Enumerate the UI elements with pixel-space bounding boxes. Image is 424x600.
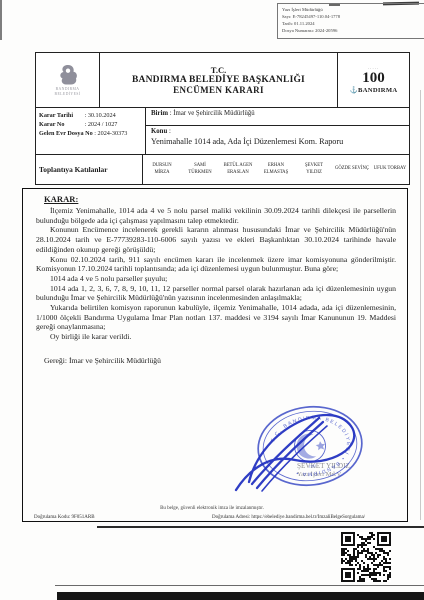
scan-artifact-left-edge [0,0,2,40]
decision-paragraph: İlçemiz Yenimahalle, 1014 ada 4 ve 5 nol… [36,206,396,225]
decision-date-value: : 30.10.2024 [85,112,116,119]
municipality-logo-cell: BANDIRMA BELEDİYESİ [36,53,100,107]
unit-subject-column: Birim : İmar ve Şehircilik Müdürlüğü Kon… [146,108,409,154]
decision-no-line: Karar No : 2024 / 1027 [39,121,142,130]
right-logo-caption-text: BANDIRMA [358,87,397,94]
incoming-file-value: : 2024-30373 [94,130,127,137]
subject-row: Konu : Yenimahalle 1014 ada, Ada İçi Düz… [146,126,409,154]
ref-date: Tarih: 01.11.2024 [282,20,423,27]
scan-artifact-bottom-line [55,585,424,586]
ref-number: Sayı: E-78245497-110.04-1778 [282,13,423,20]
decision-no-label: Karar No [39,121,83,130]
scan-artifact-bottom-bar [57,592,424,600]
bandirma-bird-logo-icon [56,63,80,87]
decision-heading: KARAR: [44,194,396,204]
scan-artifact-right-edge [420,90,421,520]
attendee-name: ERHAN ELMASTAŞ [257,163,295,175]
action-by-line: Gereği: İmar ve Şehircilik Müdürlüğü [36,356,396,366]
signer-title: Yazı İşleri Md.V. [297,471,350,480]
attendee-name: GÖZDE SEVİNÇ [333,166,371,172]
decision-date-label: Karar Tarihi [39,112,83,121]
right-logo-caption: ⚓BANDIRMA [350,86,398,94]
decision-date-line: Karar Tarihi : 30.10.2024 [39,112,142,121]
ref-file-number: Dosya Numarası: 2024-20596 [282,27,423,34]
attendee-name: ŞEVKET YILDIZ [295,163,333,175]
title-document-type: ENCÜMEN KARARI [173,85,264,95]
decision-paragraph: Konunun Encümence incelenerek gerekli ka… [36,225,396,254]
verification-code: Doğrulama Kodu: 9F051ARB [34,515,95,520]
centennial-number: 100 [362,71,385,86]
header-table: BANDIRMA BELEDİYESİ T.C. BANDIRMA BELEDİ… [35,52,410,185]
esignature-note: Bu belge, güvenli elektronik imza ile im… [0,506,424,511]
title-organization: BANDIRMA BELEDİYE BAŞKANLIĞI [132,75,305,85]
meta-row: Karar Tarihi : 30.10.2024 Karar No : 202… [36,108,409,154]
unit-value: : İmar ve Şehircilik Müdürlüğü [170,110,255,117]
attendee-name: SAMİ TÜRKMEN [181,163,219,175]
subject-label: Konu [151,128,167,135]
subject-value: Yenimahalle 1014 ada, Ada İçi Düzenlemes… [151,137,409,146]
footer-divider-line [97,526,424,528]
decision-paragraph: Yukarıda belirtilen komisyon raporunun k… [36,303,396,332]
attendee-name: BETÜL AGEN ERASLAN [219,163,257,175]
incoming-file-label: Gelen Evr Dosya No [39,130,93,139]
document-reference-box: Yazı İşleri Müdürlüğü Sayı: E-78245497-1… [277,3,424,39]
attendees-label: Toplantıya Katılanlar [36,155,143,184]
attendees-row: Toplantıya Katılanlar DURSUN MİRZA SAMİ … [36,154,409,184]
unit-label: Birim [151,110,168,117]
signer-block: ŞEVKET YILDIZ Yazı İşleri Md.V. [297,462,350,480]
subject-label-line: Konu : [151,128,409,135]
attendee-name: UFUK TORBAY [371,166,409,172]
decision-paragraph: 1014 ada 1, 2, 3, 6, 7, 8, 9, 10, 11, 12… [36,284,396,303]
unit-row: Birim : İmar ve Şehircilik Müdürlüğü [146,108,409,126]
decision-meta-cell: Karar Tarihi : 30.10.2024 Karar No : 202… [36,108,146,154]
decision-paragraph: Konu 02.10.2024 tarih, 911 sayılı encüme… [36,255,396,274]
decision-no-value: : 2024 / 1027 [85,121,118,128]
ref-department: Yazı İşleri Müdürlüğü [282,6,423,13]
incoming-file-line: Gelen Evr Dosya No : 2024-30373 [39,130,142,139]
scanned-document-page: Yazı İşleri Müdürlüğü Sayı: E-78245497-1… [0,0,424,600]
title-tc: T.C. [211,65,226,75]
decision-body-box: KARAR: İlçemiz Yenimahalle, 1014 ada 4 v… [22,188,408,522]
verification-address: Doğrulama Adresi: https://ebelediye.band… [212,515,365,520]
qr-code [341,532,391,582]
attendee-name: DURSUN MİRZA [143,163,181,175]
document-title-cell: T.C. BANDIRMA BELEDİYE BAŞKANLIĞI ENCÜME… [100,53,337,107]
left-logo-caption-line2: BELEDİYESİ [55,92,81,97]
signer-name: ŞEVKET YILDIZ [297,462,350,471]
attendees-names: DURSUN MİRZA SAMİ TÜRKMEN BETÜL AGEN ERA… [143,155,409,184]
subject-colon: : [169,128,171,135]
centennial-logo-cell: ····· 100 ⚓BANDIRMA [337,53,409,107]
header-row: BANDIRMA BELEDİYESİ T.C. BANDIRMA BELEDİ… [36,53,409,108]
decision-paragraph: Oy birliği ile karar verildi. [36,332,396,342]
decision-paragraph: 1014 ada 4 ve 5 nolu parseller şuyulu; [36,274,396,284]
